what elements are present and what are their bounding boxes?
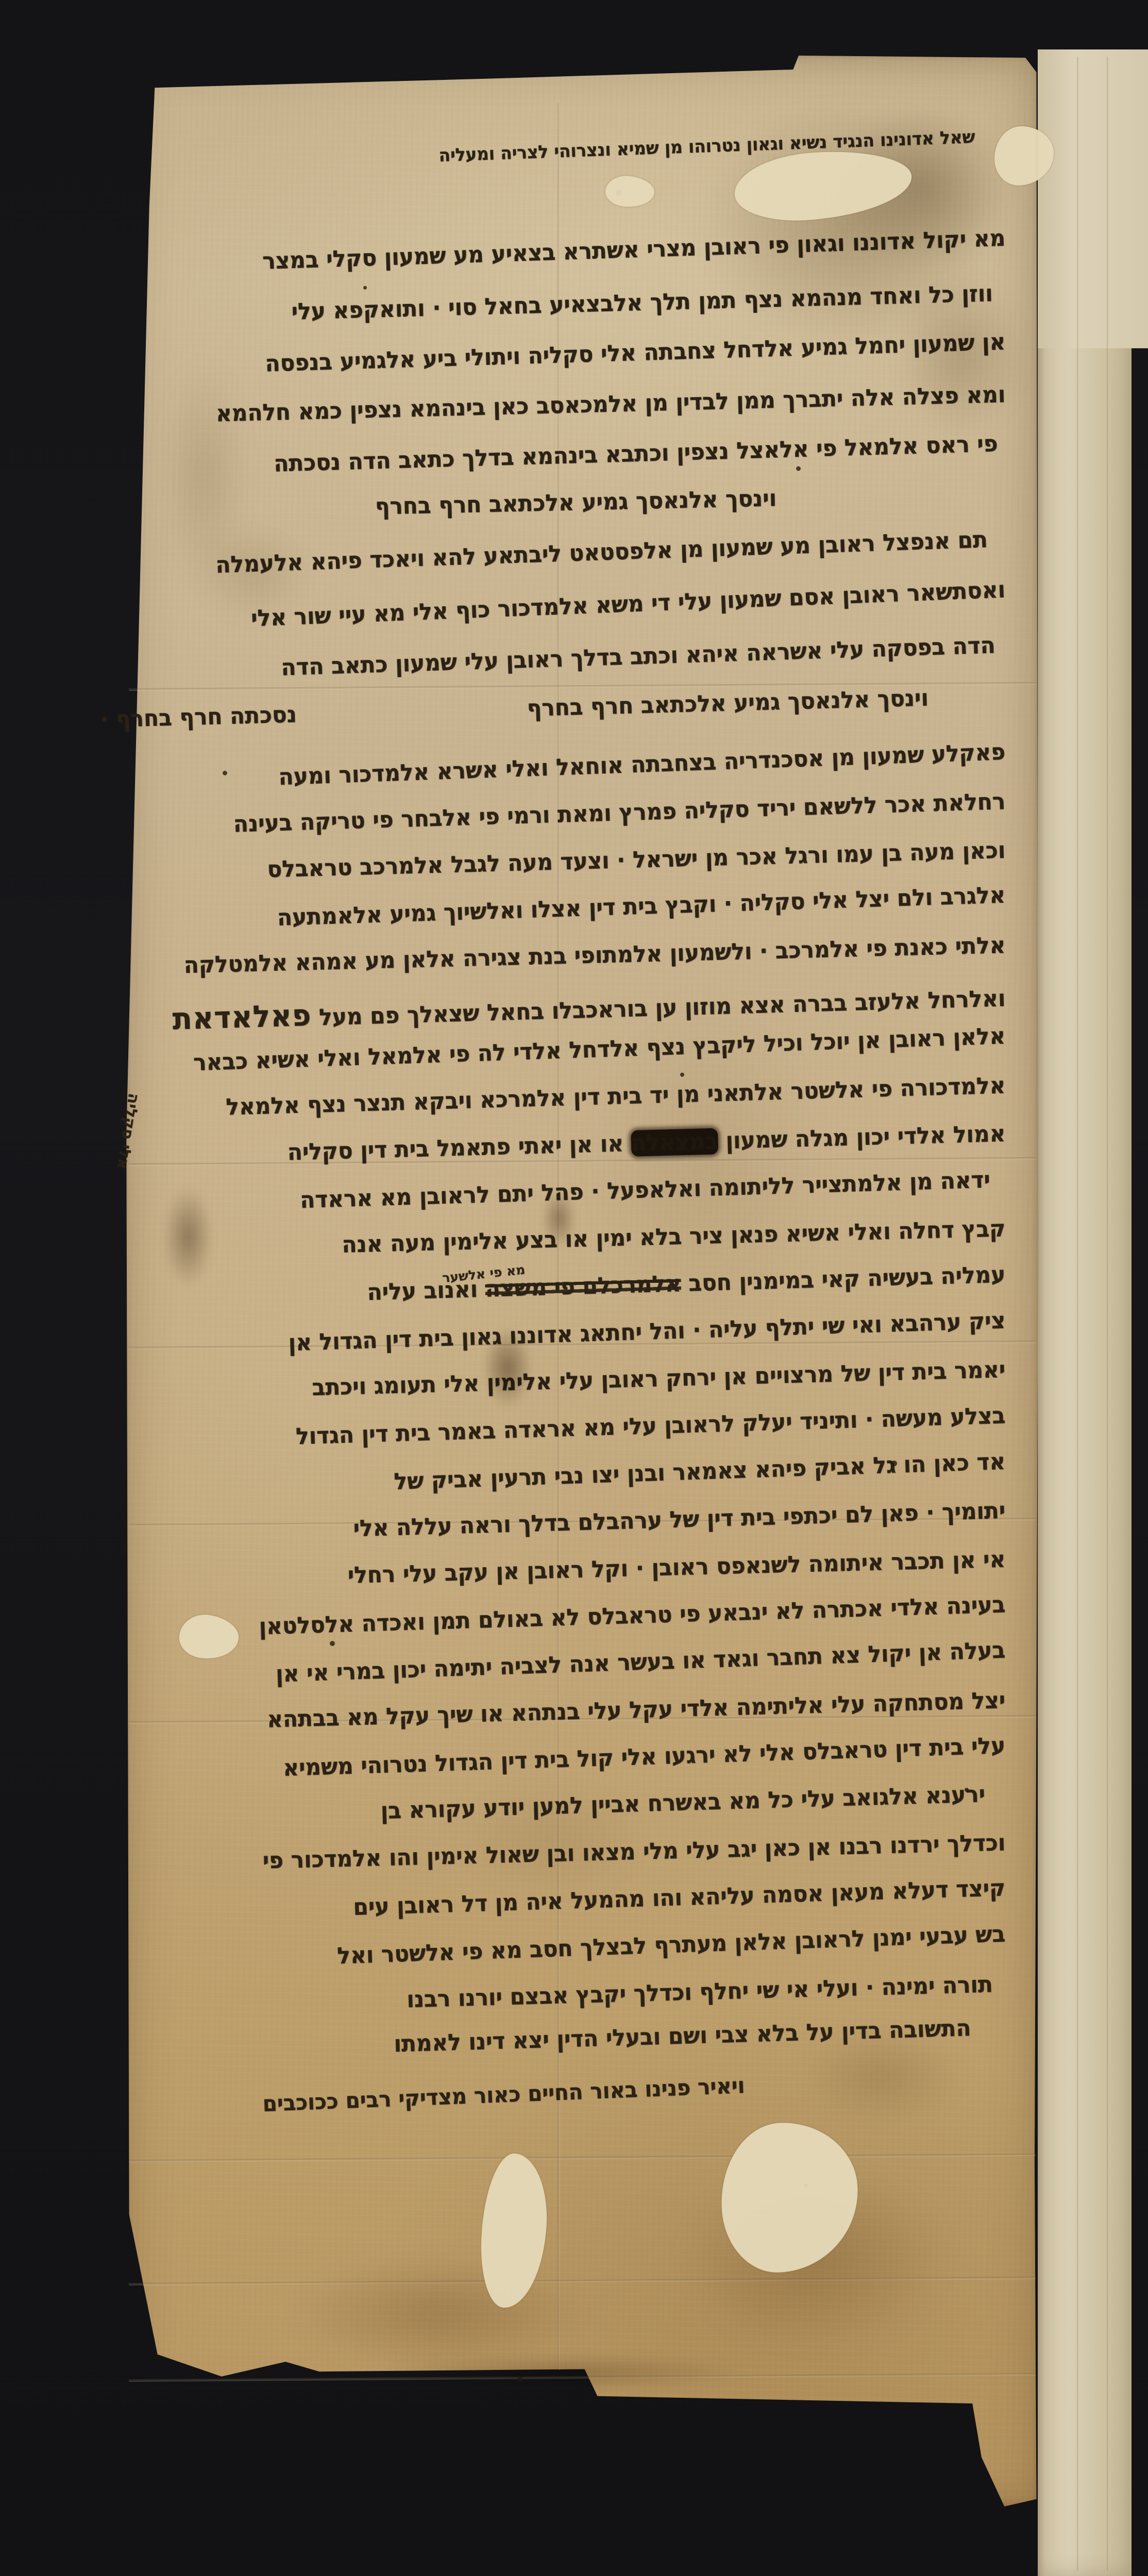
photo-background: שאל אדונינו הנגיד נשיא וגאון נטרוהו מן ש…: [0, 0, 1148, 2576]
ink-speck: [363, 286, 367, 290]
text-line: יאמר בית דין של מרצויים אן ירחק ראובן על…: [177, 1357, 1006, 1404]
text-line: בצלע מעשה · ותיניד יעלק לראובן עלי מא אר…: [177, 1402, 1006, 1453]
ink-speck: [223, 771, 227, 775]
text-layer: שאל אדונינו הנגיד נשיא וגאון נטרוהו מן ש…: [160, 0, 1023, 2576]
text-line: אן שמעון יחמל גמיע אלדחל צחבתה אלי סקליה…: [177, 329, 1006, 380]
text-line: עלי בית דין טראבלס אלי לא ירגעו אלי קול …: [177, 1733, 1006, 1785]
text-segment: נסכתה חרף בחרף ·: [100, 701, 297, 733]
ink-speck: [680, 1073, 684, 1077]
ink-speck: [891, 1461, 897, 1466]
text-line: ווזן כל ואחד מנהמא נצף תמן תלך אלבצאיע ב…: [164, 280, 1006, 329]
text-line: וינסך אלנאסך גמיע אלכתאב חרף בחרף: [161, 481, 990, 524]
text-line: וכדלך ירדנו רבנו אן כאן יגב עלי מלי מצאו…: [177, 1829, 1006, 1876]
text-line: אד כאן הו גל אביק פיהא צאמאר ובנן יצו נב…: [177, 1448, 1006, 1502]
text-line: הדה בפסקה עלי אשראה איהא וכתב בדלך ראובן…: [167, 632, 1006, 684]
text-line: תורה ימינה · ועלי אי שי יחלף וכדלך יקבץ …: [164, 1971, 1006, 2020]
text-line: ידאה מן אלמתצייר לליתומה ואלאפעל · פהל י…: [162, 1166, 1006, 1218]
text-line: עמליה בעשיה קאי במימנין חסב אלמרכלם פי מ…: [177, 1262, 1006, 1311]
text-line: אלמדכורה פי אלשטר אלתאני מן יד בית דין א…: [177, 1073, 1006, 1122]
text-line: אי אן תכבר איתומה לשנאפס ראובן · וקל ראו…: [177, 1546, 1006, 1592]
text-line: קיצד דעלא מעאן אסמה עליהא והו מהמעל איה …: [177, 1875, 1006, 1926]
text-line: קבץ דחלה ואלי אשיא פנאן ציר בלא ימין או …: [177, 1215, 1006, 1262]
text-segment: אמול אלדי יכון מגלה שמעון: [718, 1121, 1006, 1155]
text-line: אמול אלדי יכון מגלה שמעון במצאלה או אן י…: [177, 1121, 1006, 1168]
ink-speck: [796, 466, 801, 471]
text-segment: או אן יאתי פתאמל בית דין סקליה: [287, 1130, 631, 1165]
text-line: בעלה אן יקול צא תחבר וגאד או בעשר אנה לצ…: [177, 1637, 1006, 1690]
text-line: יצל מסתחקה עלי אליתימה אלדי עקל עלי בנתה…: [177, 1687, 1006, 1735]
ink-speck: [518, 2376, 523, 2381]
text-line: ומא פצלה אלה יתברך ממן לבדין מן אלמכאסב …: [177, 381, 1006, 428]
text-line: אלגרב ולם יצל אלי סקליה · וקבץ בית דין א…: [177, 882, 1006, 934]
backing-page: [1038, 49, 1132, 2576]
text-line: יתומיך · פאן לם יכתפי בית דין של ערהבלם …: [177, 1498, 1006, 1547]
text-line: אלתי כאנת פי אלמרכב · ולשמעון אלמתופי בנ…: [177, 932, 1006, 978]
ink-speck: [965, 1788, 969, 1792]
text-line: פאקלע שמעון מן אסכנדריה בצחבתה אוחאל ואל…: [177, 739, 1006, 794]
text-line: וכאן מעה בן עמו ורגל אכר מן ישראל · וצעד…: [177, 837, 1006, 885]
text-line: ירענא אלגואב עלי כל מא באשרח אביין למען …: [157, 1781, 1005, 1831]
text-segment: וינסך אלנאסך גמיע אלכתאב חרף בחרף: [527, 685, 928, 721]
text-line: פי ראס אלמאל פי אלאצל נצפין וכתבא בינהמא…: [169, 430, 1005, 480]
text-line: בעינה אלדי אכתרה לא ינבאע פי טראבלס לא ב…: [177, 1591, 1006, 1642]
crease-line: [1107, 57, 1109, 2571]
ink-speck: [330, 1641, 335, 1646]
text-line: וינסך אלנאסך גמיע אלכתאב חרף בחרףנסכתה ח…: [41, 683, 1003, 735]
emphasized-word: פאלאדאת: [172, 997, 312, 1037]
text-line: רחלאת אכר ללשאם יריד סקליה פמרץ ומאת ורמ…: [177, 788, 1006, 839]
final-blessing-line: ויאיר פנינו באור החיים כאור מצדיקי רבים …: [89, 2066, 918, 2123]
text-segment: עמליה בעשיה קאי במימנין חסב: [681, 1262, 1006, 1297]
text-line: ציק ערהבא ואי שי יתלף עליה · והל יחתאג א…: [177, 1308, 1006, 1360]
text-segment: ואלרחל אלעזב בברה אצא מוזון ען בוראכבלו …: [311, 986, 1006, 1031]
text-line: ואסתשאר ראובן אסם שמעון עלי די משא אלמדכ…: [177, 577, 1006, 635]
text-line: מא יקול אדוננו וגאון פי ראובן מצרי אשתרא…: [177, 225, 1006, 277]
text-line: בש עבעי ימנן לראובן אלאן מעתרף לבצלך חסב…: [177, 1921, 1006, 1974]
backing-page-top: [1038, 49, 1148, 348]
crease-line: [1077, 57, 1079, 2571]
text-line: תם אנפצל ראובן מע שמעון מן אלפסטאט ליבתא…: [159, 526, 1005, 580]
blotted-word: במצאלה: [631, 1128, 719, 1157]
